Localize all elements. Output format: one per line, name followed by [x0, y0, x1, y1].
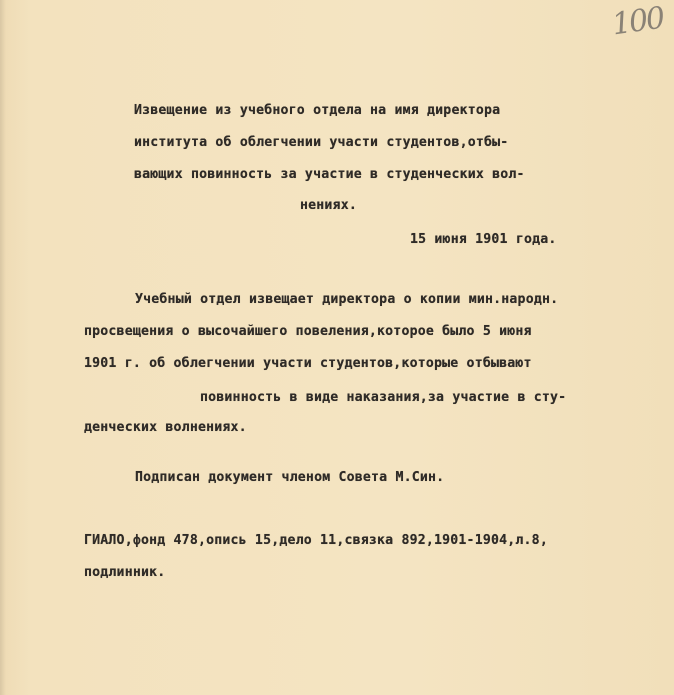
title-line-4: нениях.	[300, 198, 357, 213]
body-line-4: повинность в виде наказания,за участие в…	[200, 390, 566, 405]
body-line-1: Учебный отдел извещает директора о копии…	[135, 292, 558, 307]
body-line-3: 1901 г. об облегчении участи студентов,к…	[84, 356, 532, 371]
body-line-5: денческих волнениях.	[84, 420, 247, 435]
archive-source-line-2: подлинник.	[84, 565, 165, 580]
title-line-2: института об облегчении участи студентов…	[134, 135, 508, 150]
document-date: 15 июня 1901 года.	[410, 232, 557, 247]
signature-note: Подписан документ членом Совета М.Син.	[135, 470, 444, 485]
handwritten-page-number: 100	[610, 1, 666, 43]
body-line-2: просвещения о высочайшего повеления,кото…	[84, 324, 532, 339]
document-page: 100 Извещение из учебного отдела на имя …	[0, 0, 674, 695]
archive-source-line-1: ГИАЛО,фонд 478,опись 15,дело 11,связка 8…	[84, 533, 548, 548]
title-line-1: Извещение из учебного отдела на имя дире…	[134, 103, 500, 118]
title-line-3: вающих повинность за участие в студенчес…	[134, 167, 525, 182]
